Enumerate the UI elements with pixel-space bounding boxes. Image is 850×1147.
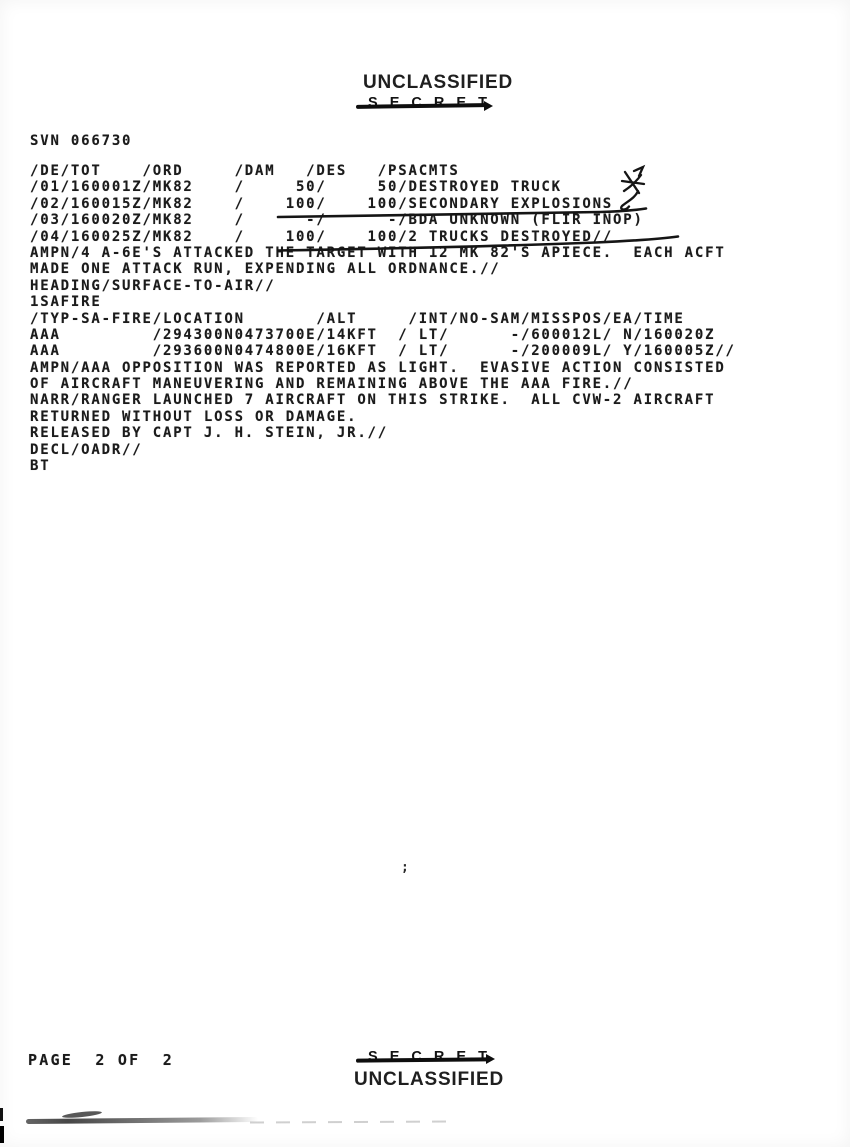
stray-scan-mark: ; xyxy=(401,860,409,875)
safire-row-2: AAA /293600N0474800E/16KFT / LT/ -/20000… xyxy=(30,343,736,359)
bda-row-1: /01/160001Z/MK82 / 50/ 50/DESTROYED TRUC… xyxy=(30,179,736,195)
bda-row-2: /02/160015Z/MK82 / 100/ 100/SECONDARY EX… xyxy=(30,196,736,212)
scan-edge-mark-upper xyxy=(0,1108,3,1121)
bottom-unclassified-banner: UNCLASSIFIED xyxy=(0,1069,850,1091)
narrative-line-1: NARR/RANGER LAUNCHED 7 AIRCRAFT ON THIS … xyxy=(30,392,736,408)
scan-edge-mark-lower xyxy=(0,1126,4,1143)
ampn-aaa-remark-line-1: AMPN/AAA OPPOSITION WAS REPORTED AS LIGH… xyxy=(30,360,736,376)
top-unclassified-banner: UNCLASSIFIED xyxy=(0,72,850,94)
top-secret-strikethrough-arrowhead xyxy=(484,101,493,111)
message-body: /DE/TOT /ORD /DAM /DES /PSACMTS /01/1600… xyxy=(30,163,736,474)
bda-table-header: /DE/TOT /ORD /DAM /DES /PSACMTS xyxy=(30,163,736,179)
ampn-remark-line-1: AMPN/4 A-6E'S ATTACKED THE TARGET WITH 1… xyxy=(30,245,736,261)
safire-table-header: /TYP-SA-FIRE/LOCATION /ALT /INT/NO-SAM/M… xyxy=(30,311,736,327)
ampn-remark-line-2: MADE ONE ATTACK RUN, EXPENDING ALL ORDNA… xyxy=(30,261,736,277)
decl-line: DECL/OADR// xyxy=(30,442,736,458)
released-by-line: RELEASED BY CAPT J. H. STEIN, JR.// xyxy=(30,425,736,441)
bottom-secret-strikethrough-arrowhead xyxy=(486,1054,495,1064)
scan-smudge-faint-dashes xyxy=(250,1120,450,1123)
page-number-label: PAGE 2 OF 2 xyxy=(28,1051,174,1069)
scan-smudge-streak xyxy=(26,1117,258,1124)
bda-row-3: /03/160020Z/MK82 / -/ -/BDA UNKNOWN (FLI… xyxy=(30,212,736,228)
ampn-aaa-remark-line-2: OF AIRCRAFT MANEUVERING AND REMAINING AB… xyxy=(30,376,736,392)
safire-label: 1SAFIRE xyxy=(30,294,736,310)
bt-line: BT xyxy=(30,458,736,474)
bda-row-4: /04/160025Z/MK82 / 100/ 100/2 TRUCKS DES… xyxy=(30,229,736,245)
message-serial-number: SVN 066730 xyxy=(30,133,132,149)
safire-row-1: AAA /294300N0473700E/14KFT / LT/ -/60001… xyxy=(30,327,736,343)
scanned-message-page: UNCLASSIFIED S E C R E T SVN 066730 /DE/… xyxy=(0,0,850,1147)
narrative-line-2: RETURNED WITHOUT LOSS OR DAMAGE. xyxy=(30,409,736,425)
heading-line: HEADING/SURFACE-TO-AIR// xyxy=(30,278,736,294)
